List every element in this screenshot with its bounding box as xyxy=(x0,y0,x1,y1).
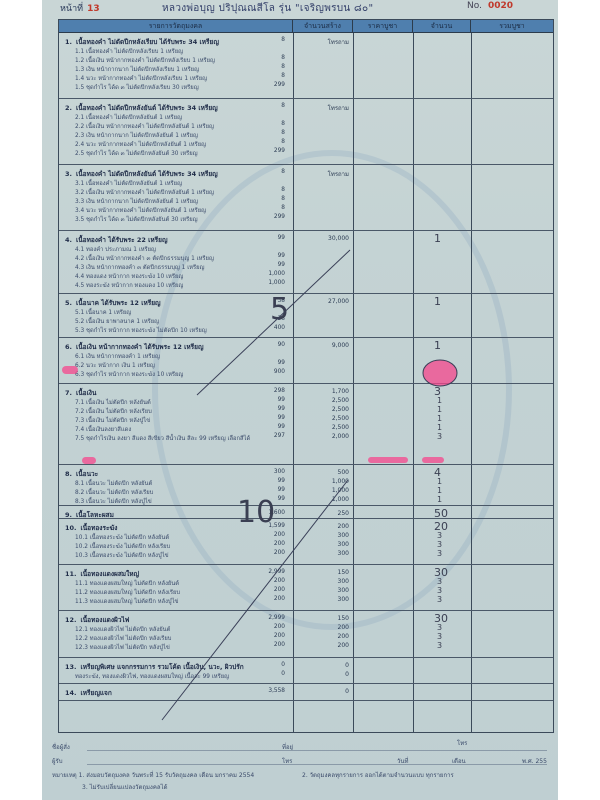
note-1: หมายเหตุ 1. ส่งมอบวัตถุมงคล วันพระที่ 15… xyxy=(52,770,254,780)
order-form-paper: หน้าที่13 หลวงพ่อบุญ ปริปุณณสีโล รุ่น "เ… xyxy=(42,0,558,800)
note-3: 3. ไม่รับเปลี่ยนแปลงวัตถุมงคลได้ xyxy=(82,782,167,792)
receiver-label: ผู้รับ xyxy=(52,756,63,766)
name-label: ชื่อผู้สั่ง xyxy=(52,742,70,752)
phone-label: โทร xyxy=(457,738,467,748)
highlight-section-6 xyxy=(62,366,78,374)
highlight-price-7-4 xyxy=(368,457,408,463)
handwritten-strikelines xyxy=(42,0,558,800)
name-field-line[interactable] xyxy=(87,750,547,751)
note-2: 2. วัตถุมงคลทุกรายการ ออกได้ตามจำนวนแบบ … xyxy=(302,770,454,780)
receiver-field-line[interactable] xyxy=(87,764,547,765)
highlight-order-7-4 xyxy=(422,457,444,463)
highlight-item-7-4 xyxy=(82,457,96,464)
